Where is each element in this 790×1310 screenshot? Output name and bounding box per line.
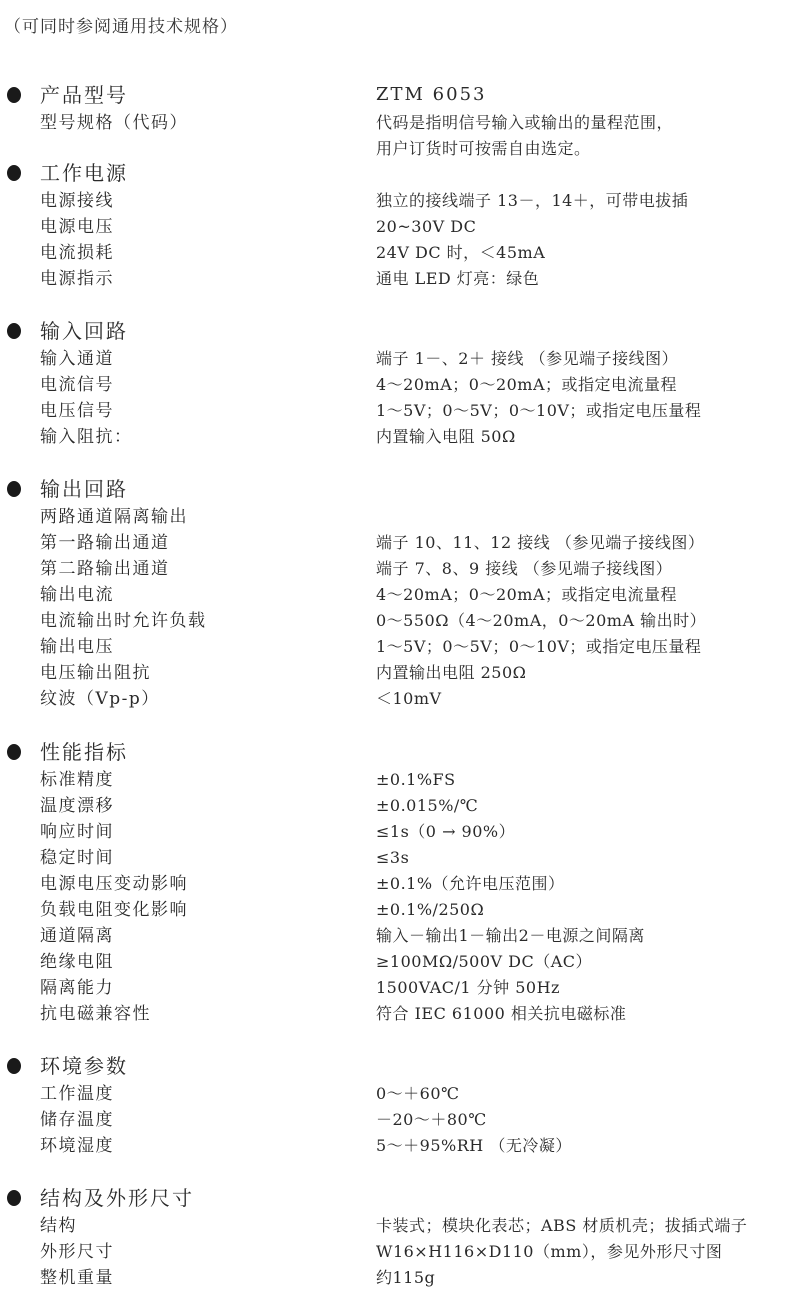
spec-label: 型号规格（代码） [40,110,188,136]
spec-row: 型号规格（代码） 代码是指明信号输入或输出的量程范围， [0,110,790,136]
spec-label: 储存温度 [40,1107,114,1133]
bullet-icon [7,481,21,497]
spec-row: 储存温度－20～＋80℃ [0,1107,790,1133]
spec-label: 结构 [40,1213,77,1239]
section-header: 产品型号 ZTM 6053 [0,82,790,110]
spec-row: 电源电压20~30V DC [0,214,790,240]
section-product-model: 产品型号 ZTM 6053 型号规格（代码） 代码是指明信号输入或输出的量程范围… [0,82,790,162]
spec-value: 20~30V DC [376,214,476,240]
model-number: ZTM 6053 [376,82,486,108]
spec-value: 用户订货时可按需自由选定。 [376,136,591,162]
section-header: 输入回路 [0,318,790,346]
spec-label: 电压输出阻抗 [40,660,151,686]
spec-row: 工作温度0～＋60℃ [0,1081,790,1107]
spec-row: 负载电阻变化影响±0.1%/250Ω [0,897,790,923]
spec-label: 电流输出时允许负载 [40,608,207,634]
spec-value: 通电 LED 灯亮：绿色 [376,266,539,292]
spec-value: 1～5V；0～5V；0～10V；或指定电压量程 [376,398,701,424]
spec-row: 两路通道隔离输出 [0,504,790,530]
spec-row: 电流信号4～20mA；0～20mA；或指定电流量程 [0,372,790,398]
spec-row: 稳定时间≤3s [0,845,790,871]
section-title: 输出回路 [40,476,128,502]
spec-label: 温度漂移 [40,793,114,819]
section-power-supply: 工作电源 电源接线独立的接线端子 13－，14＋，可带电拔插 电源电压20~30… [0,160,790,292]
spec-value: 代码是指明信号输入或输出的量程范围， [376,110,673,136]
spec-value: 端子 10、11、12 接线 （参见端子接线图） [376,530,704,556]
bullet-icon [7,165,21,181]
spec-row: 用户订货时可按需自由选定。 [0,136,790,162]
spec-value: 独立的接线端子 13－，14＋，可带电拔插 [376,188,688,214]
spec-row: 第一路输出通道端子 10、11、12 接线 （参见端子接线图） [0,530,790,556]
bullet-icon [7,744,21,760]
spec-value: －20～＋80℃ [376,1107,487,1133]
spec-row: 输出电流4～20mA；0～20mA；或指定电流量程 [0,582,790,608]
section-header: 输出回路 [0,476,790,504]
bullet-icon [7,1190,21,1206]
spec-value: 0～550Ω（4～20mA，0～20mA 输出时） [376,608,706,634]
spec-label: 工作温度 [40,1081,114,1107]
spec-label: 通道隔离 [40,923,114,949]
spec-row: 整机重量约115g [0,1265,790,1291]
section-header: 结构及外形尺寸 [0,1185,790,1213]
spec-value: 4～20mA；0～20mA；或指定电流量程 [376,372,677,398]
spec-row: 第二路输出通道端子 7、8、9 接线 （参见端子接线图） [0,556,790,582]
section-title: 环境参数 [40,1053,128,1079]
spec-row: 绝缘电阻≥100MΩ/500V DC（AC） [0,949,790,975]
spec-label: 纹波（Vp-p） [40,686,160,712]
spec-label: 两路通道隔离输出 [40,504,188,530]
section-header: 环境参数 [0,1053,790,1081]
spec-label: 电源电压变动影响 [40,871,188,897]
spec-label: 响应时间 [40,819,114,845]
spec-row: 输入阻抗：内置输入电阻 50Ω [0,424,790,450]
section-performance: 性能指标 标准精度±0.1%FS 温度漂移±0.015%/℃ 响应时间≤1s（0… [0,739,790,1027]
spec-label: 隔离能力 [40,975,114,1001]
spec-row: 电源电压变动影响±0.1%（允许电压范围） [0,871,790,897]
section-title: 结构及外形尺寸 [40,1185,194,1211]
spec-value: 4～20mA；0～20mA；或指定电流量程 [376,582,677,608]
spec-row: 电压输出阻抗内置输出电阻 250Ω [0,660,790,686]
spec-label: 输出电压 [40,634,114,660]
spec-label: 电压信号 [40,398,114,424]
spec-row: 电流输出时允许负载0～550Ω（4～20mA，0～20mA 输出时） [0,608,790,634]
spec-value: ≤3s [376,845,409,871]
bullet-icon [7,1058,21,1074]
spec-value: ±0.015%/℃ [376,793,478,819]
section-header: 工作电源 [0,160,790,188]
spec-row: 输出电压1～5V；0～5V；0～10V；或指定电压量程 [0,634,790,660]
spec-value: 0～＋60℃ [376,1081,459,1107]
spec-label: 输入阻抗： [40,424,133,450]
spec-label: 外形尺寸 [40,1239,114,1265]
spec-value: 输入－输出1－输出2－电源之间隔离 [376,923,645,949]
spec-label: 电源电压 [40,214,114,240]
spec-label: 标准精度 [40,767,114,793]
spec-value: ±0.1%/250Ω [376,897,484,923]
spec-label: 输入通道 [40,346,114,372]
spec-label: 第一路输出通道 [40,530,170,556]
spec-row: 电流损耗24V DC 时，＜45mA [0,240,790,266]
section-title: 产品型号 [40,82,128,108]
spec-value: 5～＋95%RH （无冷凝） [376,1133,572,1159]
spec-value: 内置输入电阻 50Ω [376,424,516,450]
spec-value: W16×H116×D110（mm），参见外形尺寸图 [376,1239,722,1265]
spec-value: 1～5V；0～5V；0～10V；或指定电压量程 [376,634,701,660]
spec-row: 响应时间≤1s（0 → 90%） [0,819,790,845]
spec-value: ≤1s（0 → 90%） [376,819,515,845]
spec-value: ±0.1%（允许电压范围） [376,871,565,897]
spec-value: 内置输出电阻 250Ω [376,660,526,686]
spec-label: 抗电磁兼容性 [40,1001,151,1027]
spec-label: 第二路输出通道 [40,556,170,582]
spec-row: 电源指示通电 LED 灯亮：绿色 [0,266,790,292]
spec-value: 端子 7、8、9 接线 （参见端子接线图） [376,556,672,582]
spec-row: 隔离能力1500VAC/1 分钟 50Hz [0,975,790,1001]
spec-row: 抗电磁兼容性符合 IEC 61000 相关抗电磁标准 [0,1001,790,1027]
spec-value: 1500VAC/1 分钟 50Hz [376,975,560,1001]
spec-value: 端子 1－、2＋ 接线 （参见端子接线图） [376,346,678,372]
spec-value: 约115g [376,1265,435,1291]
section-title: 性能指标 [40,739,128,765]
spec-row: 外形尺寸W16×H116×D110（mm），参见外形尺寸图 [0,1239,790,1265]
section-environment: 环境参数 工作温度0～＋60℃ 储存温度－20～＋80℃ 环境湿度5～＋95%R… [0,1053,790,1159]
spec-label: 负载电阻变化影响 [40,897,188,923]
spec-value: ≥100MΩ/500V DC（AC） [376,949,592,975]
bullet-icon [7,323,21,339]
spec-row: 结构卡装式；模块化表芯；ABS 材质机壳；拔插式端子 [0,1213,790,1239]
spec-value: ＜10mV [376,686,442,712]
spec-label: 输出电流 [40,582,114,608]
spec-label: 绝缘电阻 [40,949,114,975]
spec-label: 电源接线 [40,188,114,214]
spec-row: 输入通道端子 1－、2＋ 接线 （参见端子接线图） [0,346,790,372]
spec-row: 纹波（Vp-p）＜10mV [0,686,790,712]
section-input-circuit: 输入回路 输入通道端子 1－、2＋ 接线 （参见端子接线图） 电流信号4～20m… [0,318,790,450]
spec-label: 环境湿度 [40,1133,114,1159]
spec-row: 电压信号1～5V；0～5V；0～10V；或指定电压量程 [0,398,790,424]
section-structure-dimensions: 结构及外形尺寸 结构卡装式；模块化表芯；ABS 材质机壳；拔插式端子 外形尺寸W… [0,1185,790,1291]
spec-label: 整机重量 [40,1265,114,1291]
section-title: 工作电源 [40,160,128,186]
spec-row: 温度漂移±0.015%/℃ [0,793,790,819]
spec-value: 符合 IEC 61000 相关抗电磁标准 [376,1001,626,1027]
spec-row: 通道隔离输入－输出1－输出2－电源之间隔离 [0,923,790,949]
spec-row: 标准精度±0.1%FS [0,767,790,793]
bullet-icon [7,87,21,103]
spec-label: 电流损耗 [40,240,114,266]
spec-value: 卡装式；模块化表芯；ABS 材质机壳；拔插式端子 [376,1213,747,1239]
spec-label: 电流信号 [40,372,114,398]
spec-row: 环境湿度5～＋95%RH （无冷凝） [0,1133,790,1159]
spec-row: 电源接线独立的接线端子 13－，14＋，可带电拔插 [0,188,790,214]
spec-label: 稳定时间 [40,845,114,871]
spec-value: 24V DC 时，＜45mA [376,240,545,266]
section-output-circuit: 输出回路 两路通道隔离输出 第一路输出通道端子 10、11、12 接线 （参见端… [0,476,790,712]
section-title: 输入回路 [40,318,128,344]
section-header: 性能指标 [0,739,790,767]
spec-label: 电源指示 [40,266,114,292]
spec-value: ±0.1%FS [376,767,456,793]
reference-note: （可同时参阅通用技术规格） [4,12,238,37]
